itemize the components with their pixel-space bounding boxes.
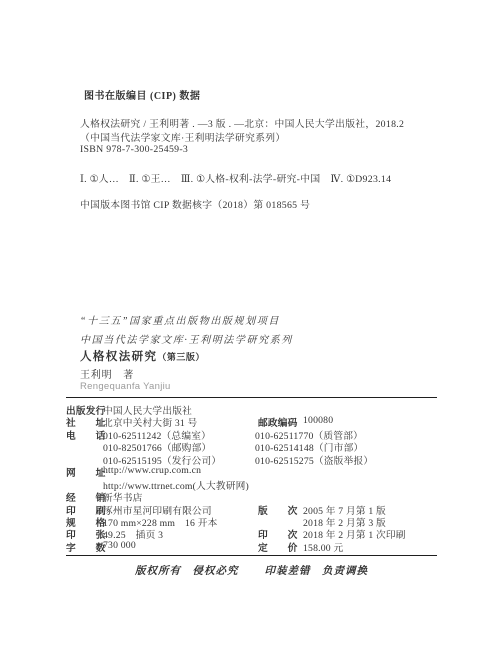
copyright-notice-left: 版权所有 侵权必究 [135,566,239,577]
cip-series-line: （中国当代法学家文库·王利明法学研究系列） [80,130,286,144]
divider-bottom [66,555,437,556]
book-title: 人格权法研究（第三版） [80,348,205,364]
colophon-row-website-2: http://www.ttrnet.com(人大教研网) [66,478,438,490]
book-author: 王利明 著 [80,366,134,381]
colophon-row-publisher: 出版发行 中国人民大学出版社 [66,403,438,415]
cip-catalog-line: 人格权法研究 / 王利明著 . —3 版 . —北京：中国人民大学出版社，201… [80,116,404,130]
colophon-right-value: 100080 [303,415,333,426]
book-title-text: 人格权法研究 [80,351,157,363]
colophon-value: 730 000 [103,540,136,551]
cip-header: 图书在版编目 (CIP) 数据 [84,87,200,102]
cip-registry-number: 中国版本图书馆 CIP 数据核字（2018）第 018565 号 [80,197,310,211]
cip-isbn: ISBN 978-7-300-25459-3 [80,144,188,155]
colophon-table: 出版发行 中国人民大学出版社 社 址 北京中关村大街 31 号 邮政编码 100… [66,403,438,552]
colophon-row-printer: 印 刷 涿州市星河印刷有限公司 版 次 2005 年 7 月第 1 版 [66,503,438,515]
colophon-row-website-1: 网 址 http://www.crup.com.cn [66,465,438,477]
colophon-row-distributor: 经 销 新华书店 [66,490,438,502]
book-copyright-page: 图书在版编目 (CIP) 数据 人格权法研究 / 王利明著 . —3 版 . —… [0,0,502,666]
series-line: 中国当代法学家文库·王利明法学研究系列 [80,331,293,346]
colophon-row-phone-3: 010-62515195（发行公司） 010-62515275（盗版举报） [66,453,438,465]
colophon-value: http://www.crup.com.cn [103,465,201,476]
colophon-right-value: 158.00 元 [303,540,343,554]
colophon-right-label: 定 价 [258,540,298,554]
book-edition: （第三版） [157,352,205,362]
colophon-row-wordcount: 字 数 730 000 定 价 158.00 元 [66,540,438,552]
colophon-row-sheets: 印 张 49.25 插页 3 印 次 2018 年 2 月第 1 次印刷 [66,527,438,539]
copyright-notice: 版权所有 侵权必究印装差错 负责调换 [66,563,437,578]
divider-top [66,397,437,398]
colophon-row-format: 规 格 170 mm×228 mm 16 开本 2018 年 2 月第 3 版 [66,515,438,527]
cip-classification: Ⅰ. ①人… Ⅱ. ①王… Ⅲ. ①人格-权利-法学-研究-中国 Ⅳ. ①D92… [80,171,391,185]
book-title-pinyin: Rengequanfa Yanjiu [80,381,171,392]
publication-project-line: “十三五”国家重点出版物出版规划项目 [80,312,280,327]
colophon-row-address: 社 址 北京中关村大街 31 号 邮政编码 100080 [66,415,438,427]
copyright-notice-right: 印装差错 负责调换 [265,566,369,577]
colophon-label: 字 数 [66,540,106,554]
colophon-row-phone-1: 电 话 010-62511242（总编室） 010-62511770（质管部） [66,428,438,440]
colophon-row-phone-2: 010-82501766（邮购部） 010-62514148（门市部） [66,440,438,452]
